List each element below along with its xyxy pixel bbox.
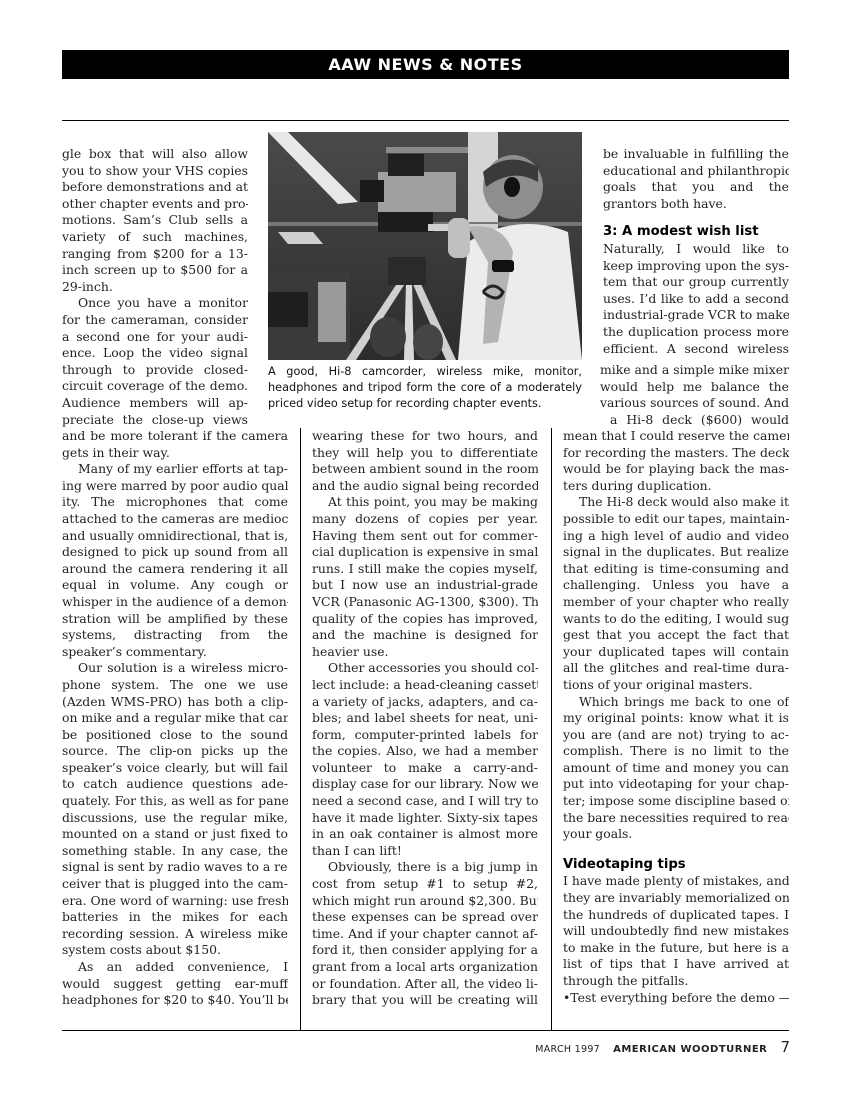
text-line: The Hi-8 deck would also make it: [563, 494, 789, 511]
text-line: cial duplication is expensive in small: [312, 544, 538, 561]
text-line: inch screen up to $500 for a: [62, 262, 248, 279]
text-line: and usually omnidirectional, that is,: [62, 528, 288, 545]
text-line: all the glitches and real-time dura-: [563, 660, 789, 677]
text-line: Many of my earlier efforts at tap-: [62, 461, 288, 478]
text-line: keep improving upon the sys-: [603, 258, 789, 275]
text-line: ceiver that is plugged into the cam-: [62, 876, 288, 893]
text-line: preciate the close-up views: [62, 412, 248, 429]
text-line: mounted on a stand or just fixed to: [62, 826, 288, 843]
text-line: Obviously, there is a big jump in: [312, 859, 538, 876]
text-line: Our solution is a wireless micro-: [62, 660, 288, 677]
text-line: and the audio signal being recorded.: [312, 478, 538, 495]
text-line: ter; impose some discipline based on: [563, 793, 789, 810]
text-line: era. One word of warning: use fresh: [62, 893, 288, 910]
section-heading-wish-list: 3: A modest wish list: [603, 224, 789, 241]
text-line: between ambient sound in the room: [312, 461, 538, 478]
text-line: through the pitfalls.: [563, 973, 789, 990]
text-line: form, computer-printed labels for: [312, 727, 538, 744]
text-line: amount of time and money you can: [563, 760, 789, 777]
text-line: to make in the future, but here is a: [563, 940, 789, 957]
text-line: ford it, then consider applying for a: [312, 942, 538, 959]
text-line: your duplicated tapes will contain: [563, 644, 789, 661]
text-line: At this point, you may be making: [312, 494, 538, 511]
text-line: to catch audience questions ade-: [62, 776, 288, 793]
text-line: discussions, use the regular mike,: [62, 810, 288, 827]
text-line: circuit coverage of the demo.: [62, 378, 248, 395]
text-line: brary that you will be creating will: [312, 992, 538, 1009]
text-line: headphones for $20 to $40. You’ll be: [62, 992, 288, 1009]
text-line: Having them sent out for commer-: [312, 528, 538, 545]
text-line: systems, distracting from the: [62, 627, 288, 644]
text-line: mean that I could reserve the camera: [563, 428, 789, 445]
text-line: these expenses can be spread over: [312, 909, 538, 926]
text-line: the bare necessities required to reach: [563, 810, 789, 827]
article-photo: [268, 132, 582, 360]
camcorder-photo-illustration: [268, 132, 582, 360]
text-line: they will help you to differentiate: [312, 445, 538, 462]
text-line: runs. I still make the copies myself,: [312, 561, 538, 578]
column-divider: [551, 428, 552, 1030]
bullet-item: •Test everything before the demo —: [563, 990, 789, 1007]
text-line: goals that you and the: [603, 179, 789, 196]
text-line: ity. The microphones that come: [62, 494, 288, 511]
text-line: would be for playing back the mas-: [563, 461, 789, 478]
column-1-wide: and be more tolerant if the camera gets …: [62, 428, 288, 1009]
text-line: gets in their way.: [62, 445, 288, 462]
text-line: equal in volume. Any cough or: [62, 577, 288, 594]
text-line: gest that you accept the fact that: [563, 627, 789, 644]
text-line: signal in the duplicates. But realize: [563, 544, 789, 561]
column-1-narrow: gle box that will also allow you to show…: [62, 146, 248, 428]
magazine-name: AMERICAN WOODTURNER: [613, 1044, 767, 1055]
text-line: than I can lift!: [312, 843, 538, 860]
text-line: possible to edit our tapes, maintain-: [563, 511, 789, 528]
text-line: you to show your VHS copies: [62, 163, 248, 180]
text-line: and the machine is designed for: [312, 627, 538, 644]
text-line: whisper in the audience of a demon-: [62, 594, 288, 611]
text-line: I have made plenty of mistakes, and: [563, 873, 789, 890]
text-line: your goals.: [563, 826, 789, 843]
text-line: a Hi-8 deck ($600) would: [600, 412, 789, 429]
caption-line: priced video setup for recording chapter…: [268, 396, 582, 412]
text-line: quality of the copies has improved,: [312, 611, 538, 628]
text-line: other chapter events and pro-: [62, 196, 248, 213]
text-line: system costs about $150.: [62, 942, 288, 959]
text-line: cost from setup #1 to setup #2,: [312, 876, 538, 893]
text-line: batteries in the mikes for each: [62, 909, 288, 926]
text-line: you are (and are not) trying to ac-: [563, 727, 789, 744]
text-line: stration will be amplified by these: [62, 611, 288, 628]
text-line: ing a high level of audio and video: [563, 528, 789, 545]
text-line: on mike and a regular mike that can: [62, 710, 288, 727]
text-line: industrial-grade VCR to make: [603, 307, 789, 324]
text-line: ing were marred by poor audio qual-: [62, 478, 288, 495]
text-line: my original points: know what it is: [563, 710, 789, 727]
text-line: phone system. The one we use: [62, 677, 288, 694]
text-line: uses. I’d like to add a second: [603, 291, 789, 308]
caption-line: A good, Hi-8 camcorder, wireless mike, m…: [268, 364, 582, 380]
text-line: recording session. A wireless mike: [62, 926, 288, 943]
text-line: various sources of sound. And: [600, 395, 789, 412]
text-line: list of tips that I have arrived at: [563, 956, 789, 973]
issue-date: MARCH 1997: [535, 1044, 600, 1055]
text-line: complish. There is no limit to the: [563, 743, 789, 760]
text-line: Audience members will ap-: [62, 395, 248, 412]
text-line: gle box that will also allow: [62, 146, 248, 163]
text-line: around the camera rendering it all: [62, 561, 288, 578]
text-line: (Azden WMS-PRO) has both a clip-: [62, 694, 288, 711]
text-line: motions. Sam’s Club sells a: [62, 212, 248, 229]
page-number: 7: [780, 1038, 790, 1056]
text-line: signal is sent by radio waves to a re-: [62, 859, 288, 876]
column-3-wide: mean that I could reserve the camera for…: [563, 428, 789, 1006]
text-line: or foundation. After all, the video li-: [312, 976, 538, 993]
text-line: quately. For this, as well as for panel: [62, 793, 288, 810]
text-line: Naturally, I would like to: [603, 241, 789, 258]
column-divider: [300, 428, 301, 1030]
text-line: be positioned close to the sound: [62, 727, 288, 744]
text-line: tions of your original masters.: [563, 677, 789, 694]
text-line: As an added convenience, I: [62, 959, 288, 976]
text-line: put into videotaping for your chap-: [563, 776, 789, 793]
text-line: time. And if your chapter cannot af-: [312, 926, 538, 943]
column-3-top: be invaluable in fulfilling the educatio…: [603, 146, 789, 357]
text-line: but I now use an industrial-grade: [312, 577, 538, 594]
text-line: mike and a simple mike mixer: [600, 362, 789, 379]
text-line: before demonstrations and at: [62, 179, 248, 196]
text-line: and be more tolerant if the camera: [62, 428, 288, 445]
text-line: volunteer to make a carry-and-: [312, 760, 538, 777]
text-line: challenging. Unless you have a: [563, 577, 789, 594]
section-heading-videotaping-tips: Videotaping tips: [563, 857, 789, 874]
text-line: in an oak container is almost more: [312, 826, 538, 843]
text-line: lect include: a head-cleaning cassette;: [312, 677, 538, 694]
text-line: Other accessories you should col-: [312, 660, 538, 677]
text-line: 29-inch.: [62, 279, 248, 296]
bottom-rule: [62, 1030, 789, 1031]
section-header: AAW NEWS & NOTES: [62, 50, 789, 79]
top-rule: [62, 120, 789, 121]
text-line: for recording the masters. The deck: [563, 445, 789, 462]
text-line: speaker’s commentary.: [62, 644, 288, 661]
text-line: source. The clip-on picks up the: [62, 743, 288, 760]
caption-line: headphones and tripod form the core of a…: [268, 380, 582, 396]
text-line: that editing is time-consuming and: [563, 561, 789, 578]
text-line: a second one for your audi-: [62, 329, 248, 346]
text-line: member of your chapter who really: [563, 594, 789, 611]
text-line: for the cameraman, consider: [62, 312, 248, 329]
text-line: be invaluable in fulfilling the: [603, 146, 789, 163]
column-2: wearing these for two hours, and they wi…: [312, 428, 538, 1009]
text-line: Once you have a monitor: [62, 295, 248, 312]
text-line: many dozens of copies per year.: [312, 511, 538, 528]
text-line: speaker’s voice clearly, but will fail: [62, 760, 288, 777]
text-line: VCR (Panasonic AG-1300, $300). The: [312, 594, 538, 611]
text-line: Which brings me back to one of: [563, 694, 789, 711]
text-line: the copies. Also, we had a member: [312, 743, 538, 760]
text-line: something stable. In any case, the: [62, 843, 288, 860]
text-line: they are invariably memorialized on: [563, 890, 789, 907]
text-line: which might run around $2,300. But: [312, 893, 538, 910]
text-line: would help me balance the: [600, 379, 789, 396]
text-line: ence. Loop the video signal: [62, 345, 248, 362]
text-line: heavier use.: [312, 644, 538, 661]
text-line: the hundreds of duplicated tapes. I: [563, 907, 789, 924]
text-line: designed to pick up sound from all: [62, 544, 288, 561]
text-line: grantors both have.: [603, 196, 789, 213]
text-line: the duplication process more: [603, 324, 789, 341]
text-line: ters during duplication.: [563, 478, 789, 495]
text-line: a variety of jacks, adapters, and ca-: [312, 694, 538, 711]
text-line: have it made lighter. Sixty-six tapes: [312, 810, 538, 827]
text-line: need a second case, and I will try to: [312, 793, 538, 810]
text-line: wants to do the editing, I would sug-: [563, 611, 789, 628]
text-line: variety of such machines,: [62, 229, 248, 246]
text-line: tem that our group currently: [603, 274, 789, 291]
text-line: educational and philanthropic: [603, 163, 789, 180]
text-line: attached to the cameras are mediocre: [62, 511, 288, 528]
photo-caption: A good, Hi-8 camcorder, wireless mike, m…: [268, 364, 582, 412]
text-line: display case for our library. Now we: [312, 776, 538, 793]
text-line: would suggest getting ear-muff: [62, 976, 288, 993]
text-line: grant from a local arts organization: [312, 959, 538, 976]
text-line: will undoubtedly find new mistakes: [563, 923, 789, 940]
text-line: efficient. A second wireless: [603, 341, 789, 358]
text-line: wearing these for two hours, and: [312, 428, 538, 445]
text-line: through to provide closed-: [62, 362, 248, 379]
page-footer: MARCH 1997 AMERICAN WOODTURNER 7: [535, 1037, 790, 1056]
column-3-mid: mike and a simple mike mixer would help …: [600, 362, 789, 428]
text-line: ranging from $200 for a 13-: [62, 246, 248, 263]
text-line: bles; and label sheets for neat, uni-: [312, 710, 538, 727]
